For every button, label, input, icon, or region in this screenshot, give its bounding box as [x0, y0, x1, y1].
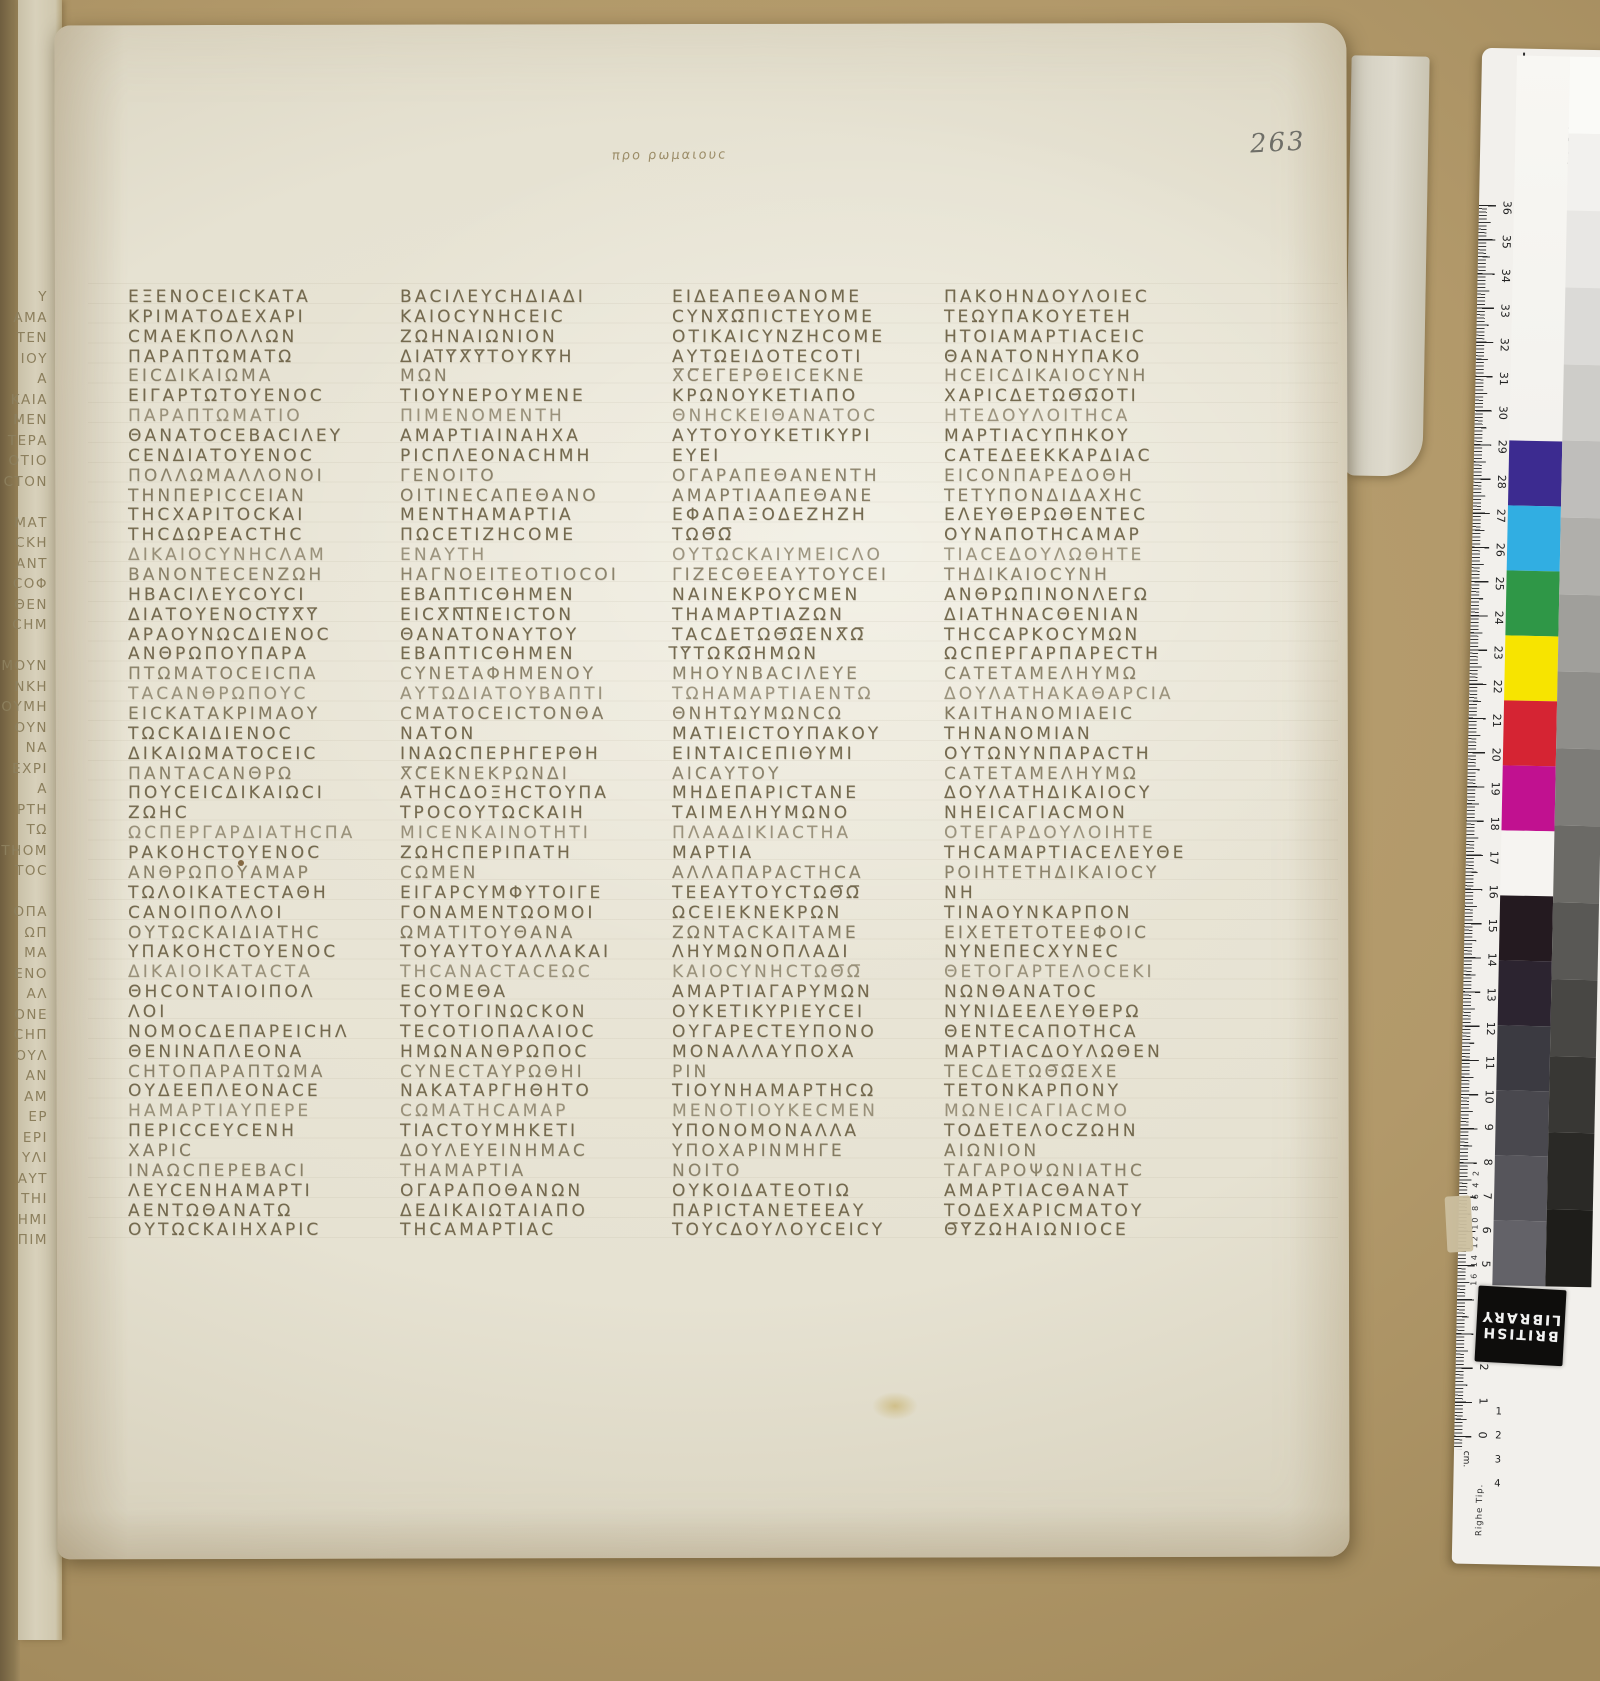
text-line: ΠΙΜΕΝΟΜΕΝΤΗ — [400, 407, 619, 427]
text-line: ΕΙϹΚΑΤΑΚΡΙΜΑΟΥ — [128, 705, 355, 725]
edge-fragment: Α — [0, 779, 48, 800]
edge-fragment: ΤΕΝ — [0, 328, 48, 349]
text-line: ΑΕΝΤΩΘΑΝΑΤΩ — [128, 1202, 355, 1222]
gray-step-14 — [1548, 1056, 1596, 1134]
text-line: ΠΟΥϹΕΙϹΔΙΚΑΙΩϹΙ — [128, 784, 355, 804]
text-line: ΑΝΘΡΩΠΙΝΟΝΛΕΓΩ — [944, 586, 1186, 606]
text-line: Ι̅Υ̅ΤΩΚ̅Ω̅ΗΜΩΝ — [672, 645, 889, 665]
text-line: ΡΙϹΠΛΕΟΝΑϹΗΜΗ — [400, 447, 619, 467]
text-line: ΟΥΤΩϹΚΑΙΥΜΕΙϹΛΟ — [672, 546, 889, 566]
text-line: ΑΝΘΡΩΠΟΥΑΜΑΡ — [128, 864, 355, 884]
text-line: ϹΑΤΕΔΕΕΚΚΑΡΔΙΑϹ — [944, 447, 1186, 467]
gray-step-16 — [1545, 1210, 1593, 1288]
text-line: ΟΙΤΙΝΕϹΑΠΕΘΑΝΟ — [400, 487, 619, 507]
text-line: ΜΑΡΤΙΑϹΔΟΥΛΩΘΕΝ — [944, 1043, 1186, 1063]
patch-white — [1500, 830, 1554, 896]
text-line: ΤΙΑϹΤΟΥΜΗΚΕΤΙ — [400, 1122, 619, 1142]
text-line: ΤΩΘ̅Ω̅ — [672, 526, 889, 546]
text-line: ΤΡΟϹΟΥΤΩϹΚΑΙΗ — [400, 804, 619, 824]
text-line: ΛΟΙ — [128, 1003, 355, 1023]
edge-fragment: ΗΜΙ — [0, 1210, 48, 1231]
text-line: ΝΑΤΟΝ — [400, 725, 619, 745]
text-line: ΜΩΝ — [400, 367, 619, 387]
text-line: ΤΟΥΑΥΤΟΥΑΛΛΑΚΑΙ — [400, 943, 619, 963]
text-line: ΔΙΑΤΟΥΕΝΟϹΙ̅Υ̅Χ̅Υ̅ — [128, 606, 355, 626]
text-line: ΕΙΧΕΤΕΤΟΤΕΕΦΟΙϹ — [944, 924, 1186, 944]
edge-fragment — [0, 492, 48, 513]
text-line: ΕΥΕΙ — [672, 447, 889, 467]
edge-fragment: ΕΝΟ — [0, 964, 48, 985]
text-line: ϹΩΜΑΤΗϹΑΜΑΡ — [400, 1102, 619, 1122]
patch-black — [1499, 895, 1553, 961]
text-line: ΑΙΩΝΙΟΝ — [944, 1142, 1186, 1162]
text-line: ΟΤΙΚΑΙϹΥΝΖΗϹΟΜΕ — [672, 328, 889, 348]
text-line: ΤΟΔΕΧΑΡΙϹΜΑΤΟΥ — [944, 1202, 1186, 1222]
edge-fragment: ΟΥΛ — [0, 1046, 48, 1067]
text-line: ΘΕΝΤΕϹΑΠΟΤΗϹΑ — [944, 1023, 1186, 1043]
text-line: ϹΥΝΕΤΑΦΗΜΕΝΟΥ — [400, 665, 619, 685]
text-line: ΤΗΝΠΕΡΙϹϹΕΙΑΝ — [128, 487, 355, 507]
edge-fragment: ΑΜΑ — [0, 308, 48, 329]
text-line: ΤΙΟΥΝΗΑΜΑΡΤΗϹΩ — [672, 1082, 889, 1102]
text-line: ΑΤΗϹΔΟΞΗϹΤΟΥΠΑ — [400, 784, 619, 804]
ruler-number: 14 — [1485, 953, 1498, 973]
text-line: ΝΗΕΙϹΑΓΙΑϹΜΟΝ — [944, 804, 1186, 824]
text-line: ΕΛΕΥΘΕΡΩΘΕΝΤΕϹ — [944, 506, 1186, 526]
strip-bottom-scale-numbers: 1 2 3 4 — [1491, 1400, 1505, 1496]
text-line: ΟΥΚΟΙΔΑΤΕΟΤΙΩ — [672, 1182, 889, 1202]
text-line: ΤΗΔΙΚΑΙΟϹΥΝΗ — [944, 566, 1186, 586]
text-line: ΟΥΝΑΠΟΤΗϹΑΜΑΡ — [944, 526, 1186, 546]
ruler-number: 15 — [1486, 919, 1499, 939]
text-line: ΘΑΝΑΤΟϹΕΒΑϹΙΛΕΥ — [128, 427, 355, 447]
edge-fragment: ΕΡ — [0, 1107, 48, 1128]
text-line: ΕΒΑΠΤΙϹΘΗΜΕΝ — [400, 645, 619, 665]
text-line: ϹΥΝΕϹΤΑΥΡΩΘΗΙ — [400, 1063, 619, 1083]
text-line: ΜΑΡΤΙΑ — [672, 844, 889, 864]
ruler-unit-label: cm. — [1461, 1451, 1471, 1471]
ruler-number: 36 — [1500, 201, 1513, 221]
text-line: ΖΩΝΤΑϹΚΑΙΤΑΜΕ — [672, 924, 889, 944]
gray-step-15 — [1547, 1133, 1595, 1211]
text-line: ΝΗ — [944, 884, 1186, 904]
parchment-stain — [872, 1392, 918, 1420]
running-title: προ ρωμαιουϲ — [611, 147, 728, 163]
edge-fragment: ΝΚΗ — [0, 677, 48, 698]
text-line: ΝΑΙΝΕΚΡΟΥϹΜΕΝ — [672, 586, 889, 606]
patch-dark-gray-1 — [1496, 1025, 1550, 1091]
edge-fragment: ΡΤΗ — [0, 800, 48, 821]
edge-fragment: ΟΝΕ — [0, 1005, 48, 1026]
text-line: ΑΜΑΡΤΙΑΑΠΕΘΑΝΕ — [672, 487, 889, 507]
gray-step-13 — [1550, 979, 1598, 1057]
text-line: ΖΩΗϹΠΕΡΙΠΑΤΗ — [400, 844, 619, 864]
text-line: ΜΗΟΥΝΒΑϹΙΛΕΥΕ — [672, 665, 889, 685]
ruler-number: 30 — [1496, 406, 1509, 426]
text-line: ΑΜΑΡΤΙΑΓΑΡΥΜΩΝ — [672, 983, 889, 1003]
edge-fragment: ΤΕΡΑ — [0, 431, 48, 452]
text-line: ΤΕΩΥΠΑΚΟΥΕΤΕΗ — [944, 308, 1186, 328]
edge-fragment: ΤΗΟΜ — [0, 841, 48, 862]
text-line: ΕΒΑΠΤΙϹΘΗΜΕΝ — [400, 586, 619, 606]
text-line: ΟΥΤΩΝΥΝΠΑΡΑϹΤΗ — [944, 745, 1186, 765]
edge-fragment: ΑΝΤ — [0, 554, 48, 575]
text-line: ΧΑΡΙϹ — [128, 1142, 355, 1162]
text-line: ΚΑΙΟϹΥΝΗϹΕΙϹ — [400, 308, 619, 328]
ruler-number: 26 — [1493, 543, 1506, 563]
text-line: ΕΙΓΑΡϹΥΜΦΥΤΟΙΓΕ — [400, 884, 619, 904]
text-line: ΩϹΠΕΡΓΑΡΠΑΡΕϹΤΗ — [944, 645, 1186, 665]
patch-dark-gray-2 — [1495, 1090, 1549, 1156]
text-line: ΕΙϹΔΙΚΑΙΩΜΑ — [128, 367, 355, 387]
gray-step-4 — [1564, 287, 1600, 365]
edge-fragment: ΤΩ — [0, 820, 48, 841]
text-line: ΜΙϹΕΝΚΑΙΝΟΤΗΤΙ — [400, 824, 619, 844]
text-line: ΗΜΩΝΑΝΘΡΩΠΟϹ — [400, 1043, 619, 1063]
edge-fragment: ΜΕΝ — [0, 410, 48, 431]
text-line: ΤΩΗΑΜΑΡΤΙΑΕΝΤΩ — [672, 685, 889, 705]
text-line: ΑΛΛΑΠΑΡΑϹΤΗϹΑ — [672, 864, 889, 884]
text-line: ΠΑΚΟΗΝΔΟΥΛΟΙΕϹ — [944, 288, 1186, 308]
text-line: ΘΑΝΑΤΟΝΑΥΤΟΥ — [400, 626, 619, 646]
text-line: ΑΥΤΩΕΙΔΟΤΕϹΟΤΙ — [672, 348, 889, 368]
text-line: ΠΟΛΛΩΜΑΛΛΟΝΟΙ — [128, 467, 355, 487]
gray-step-5 — [1562, 364, 1600, 442]
edge-fragment: ΤΗΙ — [0, 1189, 48, 1210]
text-line: ΑΙϹΑΥΤΟΥ — [672, 765, 889, 785]
text-line: ϹΕΝΔΙΑΤΟΥΕΝΟϹ — [128, 447, 355, 467]
text-line: ΤΙΟΥΝΕΡΟΥΜΕΝΕ — [400, 387, 619, 407]
text-line: ΑΡΑΟΥΝΩϹΔΙΕΝΟϹ — [128, 626, 355, 646]
text-line: ΤΗΑΜΑΡΤΙΑ — [400, 1162, 619, 1182]
text-line: ΝΥΝΕΠΕϹΧΥΝΕϹ — [944, 943, 1186, 963]
text-line: ΓΟΝΑΜΕΝΤΩΟΜΟΙ — [400, 904, 619, 924]
text-line: ΟΥΤΩϹΚΑΙΔΙΑΤΗϹ — [128, 924, 355, 944]
text-line: ΡΙΝ — [672, 1063, 889, 1083]
gray-step-12 — [1551, 902, 1599, 980]
text-line: ϹΥΝΧ̅Ω̅ΠΙϹΤΕΥΟΜΕ — [672, 308, 889, 328]
text-line: ΝΟΙΤΟ — [672, 1162, 889, 1182]
text-line: ΡΟΙΗΤΕΤΗΔΙΚΑΙΟϹΥ — [944, 864, 1186, 884]
text-line: ΔΟΥΛΑΤΗΑΚΑΘΑΡϹΙΑ — [944, 685, 1186, 705]
text-column-1: ΕΞΕΝΟϹΕΙϹΚΑΤΑΚΡΙΜΑΤΟΔΕΧΑΡΙϹΜΑΕΚΠΟΛΛΩΝΠΑΡ… — [128, 288, 355, 1241]
text-column-3: ΕΙΔΕΑΠΕΘΑΝΟΜΕϹΥΝΧ̅Ω̅ΠΙϹΤΕΥΟΜΕΟΤΙΚΑΙϹΥΝΖΗ… — [672, 288, 889, 1241]
text-line: ΖΩΗΝΑΙΩΝΙΟΝ — [400, 328, 619, 348]
text-line: ΗΤΟΙΑΜΑΡΤΙΑϹΕΙϹ — [944, 328, 1186, 348]
tape-fragment — [1445, 1195, 1474, 1252]
text-line: ΩϹΠΕΡΓΑΡΔΙΑΤΗϹΠΑ — [128, 824, 355, 844]
ruler-number: 7 — [1480, 1192, 1493, 1212]
ruler-number: 17 — [1487, 850, 1500, 870]
parchment-speck — [238, 860, 244, 866]
ruler-number: 24 — [1492, 611, 1505, 631]
text-line: ΔΟΥΛΕΥΕΙΝΗΜΑϹ — [400, 1142, 619, 1162]
color-calibration-strip: 3635343332313029282726252423222120191817… — [1452, 48, 1600, 1567]
text-line: ΤΕϹΔΕΤΩΘ̅Ω̅ΕΧΕ — [944, 1063, 1186, 1083]
text-line: ϹΑΤΕΤΑΜΕΛΗΥΜΩ — [944, 665, 1186, 685]
ruler-number: 13 — [1484, 987, 1497, 1007]
gray-step-9 — [1556, 672, 1600, 750]
text-line: ΕΞΕΝΟϹΕΙϹΚΑΤΑ — [128, 288, 355, 308]
text-line: ΕΦΑΠΑΞΟΔΕΖΗΖΗ — [672, 506, 889, 526]
gray-step-11 — [1553, 825, 1600, 903]
edge-fragment: ΥΛΙ — [0, 1148, 48, 1169]
text-line: ΑΝΘΡΩΠΟΥΠΑΡΑ — [128, 645, 355, 665]
text-line: ΤΗΝΑΝΟΜΙΑΝ — [944, 725, 1186, 745]
text-line: ΕϹΟΜΕΘΑ — [400, 983, 619, 1003]
patch-dark-gray-4 — [1492, 1220, 1546, 1286]
left-edge-text-fragments: ΥΑΜΑΤΕΝΙΟΥΑΚΑΙΑΜΕΝΤΕΡΑΟΤΙΟϹΤΟΝΜΑΤϹΚΗΑΝΤϹ… — [0, 287, 48, 1251]
text-line: ΤΟΥϹΔΟΥΛΟΥϹΕΙϹΥ — [672, 1221, 889, 1241]
ruler-number: 22 — [1491, 679, 1504, 699]
patch-red — [1503, 700, 1557, 766]
edge-fragment — [0, 882, 48, 903]
text-line: ΤΗΑΜΑΡΤΙΑΖΩΝ — [672, 606, 889, 626]
edge-fragment — [0, 636, 48, 657]
text-line: ΟΥΔΕΕΠΛΕΟΝΑϹΕ — [128, 1082, 355, 1102]
text-line: ΜΕΝΟΤΙΟΥΚΕϹΜΕΝ — [672, 1102, 889, 1122]
patch-green — [1505, 570, 1559, 636]
edge-fragment: ΑΛ — [0, 984, 48, 1005]
british-library-label: BRITISH LIBRARY — [1474, 1285, 1566, 1366]
text-line: ΗΑΓΝΟΕΙΤΕΟΤΙΟϹΟΙ — [400, 566, 619, 586]
ruler-number: 28 — [1495, 474, 1508, 494]
text-line: ΘΝΗΤΩΥΜΩΝϹΩ — [672, 705, 889, 725]
white-patch-area — [1509, 56, 1570, 442]
text-line: ΔΙΚΑΙΩΜΑΤΟϹΕΙϹ — [128, 745, 355, 765]
patch-violet — [1508, 440, 1562, 506]
ruler-number: 8 — [1481, 1158, 1494, 1178]
text-line: ΗϹΕΙϹΔΙΚΑΙΟϹΥΝΗ — [944, 367, 1186, 387]
text-line: ΚΑΙΤΗΑΝΟΜΙΑΕΙϹ — [944, 705, 1186, 725]
text-line: ΤΕΕΑΥΤΟΥϹΤΩΘ̅Ω̅ — [672, 884, 889, 904]
text-line: ΤΑΙΜΕΛΗΥΜΩΝΟ — [672, 804, 889, 824]
edge-fragment: ϹΗΠ — [0, 1025, 48, 1046]
gray-step-2 — [1567, 133, 1600, 211]
text-line: ΠΤΩΜΑΤΟϹΕΙϹΠΑ — [128, 665, 355, 685]
text-line: ΗΒΑϹΙΛΕΥϹΟΥϹΙ — [128, 586, 355, 606]
edge-fragment: ΤΟϹ — [0, 861, 48, 882]
text-line: ΠΕΡΙϹϹΕΥϹΕΝΗ — [128, 1122, 355, 1142]
text-line: ΤΩΛΟΙΚΑΤΕϹΤΑΘΗ — [128, 884, 355, 904]
text-line: ΓΙΖΕϹΘΕΕΑΥΤΟΥϹΕΙ — [672, 566, 889, 586]
text-line: ΛΗΥΜΩΝΟΠΛΑΔΙ — [672, 943, 889, 963]
ruler-number: 23 — [1491, 645, 1504, 665]
manuscript-photo-scene: ΥΑΜΑΤΕΝΙΟΥΑΚΑΙΑΜΕΝΤΕΡΑΟΤΙΟϹΤΟΝΜΑΤϹΚΗΑΝΤϹ… — [0, 0, 1600, 1681]
text-line: ΙΝΑΩϹΠΕΡΕΒΑϹΙ — [128, 1162, 355, 1182]
text-line: ΤΟΥΤΟΓΙΝΩϹΚΟΝ — [400, 1003, 619, 1023]
edge-fragment: ΠΙΜ — [0, 1230, 48, 1251]
text-line: ΜΑΤΙΕΙϹΤΟΥΠΑΚΟΥ — [672, 725, 889, 745]
text-line: ΑΜΑΡΤΙΑΙΝΑΗΧΑ — [400, 427, 619, 447]
text-line: ΟΥΓΑΡΕϹΤΕΥΠΟΝΟ — [672, 1023, 889, 1043]
text-line: ΟΓΑΡΑΠΕΘΑΝΕΝΤΗ — [672, 467, 889, 487]
text-line: ΔΙΚΑΙΟΙΚΑΤΑϹΤΑ — [128, 963, 355, 983]
text-line: ΔΙΚΑΙΟϹΥΝΗϹΛΑΜ — [128, 546, 355, 566]
text-line: ΝΩΝΘΑΝΑΤΟϹ — [944, 983, 1186, 1003]
text-line: ΤΗϹΑΜΑΡΤΙΑϹΕΛΕΥΘΕ — [944, 844, 1186, 864]
text-line: ΑΜΑΡΤΙΑϹΘΑΝΑΤ — [944, 1182, 1186, 1202]
text-line: ΠΑΡΑΠΤΩΜΑΤΙΟ — [128, 407, 355, 427]
text-line: ΚΡΩΝΟΥΚΕΤΙΑΠΟ — [672, 387, 889, 407]
text-line: ΕΙΓΑΡΤΩΤΟΥΕΝΟϹ — [128, 387, 355, 407]
text-line: ΜΗΔΕΠΑΡΙϹΤΑΝΕ — [672, 784, 889, 804]
edge-fragment: ΩΠ — [0, 923, 48, 944]
text-line: ΟΤΕΓΑΡΔΟΥΛΟΙΗΤΕ — [944, 824, 1186, 844]
text-line: ΤΙΝΑΟΥΝΚΑΡΠΟΝ — [944, 904, 1186, 924]
text-line: Χ̅Ϲ̅ΕΚΝΕΚΡΩΝΔΙ — [400, 765, 619, 785]
edge-fragment: ΑΝ — [0, 1066, 48, 1087]
text-line: ϹΗΤΟΠΑΡΑΠΤΩΜΑ — [128, 1063, 355, 1083]
edge-fragment: ϹΤΟΝ — [0, 472, 48, 493]
text-line: Θ̅Υ̅ΖΩΗΑΙΩΝΙΟϹΕ — [944, 1221, 1186, 1241]
patch-dark-plum — [1498, 960, 1552, 1026]
text-line: ΚΡΙΜΑΤΟΔΕΧΑΡΙ — [128, 308, 355, 328]
ruler-number: 19 — [1489, 782, 1502, 802]
ruler-number: 20 — [1489, 748, 1502, 768]
text-line: ΤΑϹΔΕΤΩΘ̅Ω̅ΕΝΧ̅Ω̅ — [672, 626, 889, 646]
text-line: ΘΕΤΟΓΑΡΤΕΛΟϹΕΚΙ — [944, 963, 1186, 983]
text-line: ΕΙΝΤΑΙϹΕΠΙΘΥΜΙ — [672, 745, 889, 765]
gray-step-10 — [1555, 748, 1600, 826]
text-line: ΩΜΑΤΙΤΟΥΘΑΝΑ — [400, 924, 619, 944]
text-line: ΜΩΝΕΙϹΑΓΙΑϹΜΟ — [944, 1102, 1186, 1122]
folio-number: 263 — [1249, 127, 1306, 160]
text-line: ΔΙΑΤΗΝΑϹΘΕΝΙΑΝ — [944, 606, 1186, 626]
text-line: ΧΑΡΙϹΔΕΤΩΘ̅Ω̅ΟΤΙ — [944, 387, 1186, 407]
text-line: ΠΩϹΕΤΙΖΗϹΟΜΕ — [400, 526, 619, 546]
edge-fragment: ΕΡΙ — [0, 1128, 48, 1149]
text-line: ΤΩϹΚΑΙΔΙΕΝΟϹ — [128, 725, 355, 745]
text-line: ΜΕΝΤΗΑΜΑΡΤΙΑ — [400, 506, 619, 526]
text-line: ϹΜΑΤΟϹΕΙϹΤΟΝΘΑ — [400, 705, 619, 725]
text-line: ΙΝΑΩϹΠΕΡΗΓΕΡΘΗ — [400, 745, 619, 765]
text-line: ϹΑΤΕΤΑΜΕΛΗΥΜΩ — [944, 765, 1186, 785]
gray-step-6 — [1561, 441, 1600, 519]
text-line: ΤΕΤΟΝΚΑΡΠΟΝΥ — [944, 1082, 1186, 1102]
text-line: ΘΗϹΟΝΤΑΙΟΙΠΟΛ — [128, 983, 355, 1003]
text-line: ΓΕΝΟΙΤΟ — [400, 467, 619, 487]
gray-step-7 — [1559, 518, 1600, 596]
text-line: ΕΙΔΕΑΠΕΘΑΝΟΜΕ — [672, 288, 889, 308]
text-line: ΤΗϹΑΜΑΡΤΙΑϹ — [400, 1221, 619, 1241]
ruler-number: 25 — [1493, 577, 1506, 597]
edge-fragment: ΘΕΝ — [0, 595, 48, 616]
edge-fragment: ΜΑ — [0, 943, 48, 964]
ruler-number: 9 — [1482, 1124, 1495, 1144]
text-line: ΤΗϹΑΝΑϹΤΑϹΕΩϹ — [400, 963, 619, 983]
text-line: ΕΝΑΥΤΗ — [400, 546, 619, 566]
text-line: ΟΓΑΡΑΠΟΘΑΝΩΝ — [400, 1182, 619, 1202]
text-line: ΤΟΔΕΤΕΛΟϹΖΩΗΝ — [944, 1122, 1186, 1142]
text-line: ΗΑΜΑΡΤΙΑΥΠΕΡΕ — [128, 1102, 355, 1122]
text-line: ΤΗϹΔΩΡΕΑϹΤΗϹ — [128, 526, 355, 546]
edge-fragment: ΜΟΥΝ — [0, 656, 48, 677]
text-line: Χ̅Ϲ̅ΕΓΕΡΘΕΙϹΕΚΝΕ — [672, 367, 889, 387]
patch-yellow — [1504, 635, 1558, 701]
text-line: ΑΥΤΟΥΟΥΚΕΤΙΚΥΡΙ — [672, 427, 889, 447]
text-line: ΜΟΝΑΛΛΑΥΠΟΧΑ — [672, 1043, 889, 1063]
patch-magenta — [1501, 765, 1555, 831]
text-line: ϹΜΑΕΚΠΟΛΛΩΝ — [128, 328, 355, 348]
ruler-number: 27 — [1494, 508, 1507, 528]
ruler-number: 32 — [1497, 337, 1510, 357]
text-line: ΤΙΑϹΕΔΟΥΛΩΘΗΤΕ — [944, 546, 1186, 566]
text-line: ΔΕΔΙΚΑΙΩΤΑΙΑΠΟ — [400, 1202, 619, 1222]
edge-fragment: ΟΥΝ — [0, 718, 48, 739]
text-line: ΠΑΡΙϹΤΑΝΕΤΕΕΑΥ — [672, 1202, 889, 1222]
edge-fragment: ΚΑΙΑ — [0, 390, 48, 411]
text-line: ΝΥΝΙΔΕΕΛΕΥΘΕΡΩ — [944, 1003, 1186, 1023]
text-line: ΝΑΚΑΤΑΡΓΗΘΗΤΟ — [400, 1082, 619, 1102]
edge-fragment: ϹΟΦ — [0, 574, 48, 595]
edge-fragment: ΜΑΤ — [0, 513, 48, 534]
text-line: ΒΑΝΟΝΤΕϹΕΝΖΩΗ — [128, 566, 355, 586]
text-line: ΠΑΝΤΑϹΑΝΘΡΩ — [128, 765, 355, 785]
ruler-number: 12 — [1484, 1021, 1497, 1041]
text-line: ΘΝΗϹΚΕΙΘΑΝΑΤΟϹ — [672, 407, 889, 427]
text-line: ΝΟΜΟϹΔΕΠΑΡΕΙϹΗΛ — [128, 1023, 355, 1043]
text-line: ΤΕϹΟΤΙΟΠΑΛΑΙΟϹ — [400, 1023, 619, 1043]
ruler-number: 31 — [1497, 372, 1510, 392]
edge-fragment: ΕΧΡΙ — [0, 759, 48, 780]
text-line: ΒΑϹΙΛΕΥϹΗΔΙΑΔΙ — [400, 288, 619, 308]
ruler-number: 34 — [1499, 269, 1512, 289]
text-column-4: ΠΑΚΟΗΝΔΟΥΛΟΙΕϹΤΕΩΥΠΑΚΟΥΕΤΕΗΗΤΟΙΑΜΑΡΤΙΑϹΕ… — [944, 288, 1186, 1241]
strip-bottom-scale-label: Righe Tip. — [1474, 1386, 1487, 1536]
edge-fragment: Υ — [0, 287, 48, 308]
text-line: ΟΥΤΩϹΚΑΙΗΧΑΡΙϹ — [128, 1221, 355, 1241]
text-line: ΔΙΑΙ̅Υ̅Χ̅Υ̅ΤΟΥΚ̅Υ̅Η — [400, 348, 619, 368]
text-line: ΥΠΑΚΟΗϹΤΟΥΕΝΟϹ — [128, 943, 355, 963]
text-line: ΥΠΟΧΑΡΙΝΜΗΓΕ — [672, 1142, 889, 1162]
text-line: ΘΕΝΙΝΑΠΛΕΟΝΑ — [128, 1043, 355, 1063]
ruler-number: 21 — [1490, 714, 1503, 734]
text-line: ΤΗϹΧΑΡΙΤΟϹΚΑΙ — [128, 506, 355, 526]
patch-cyan — [1507, 505, 1561, 571]
edge-fragment: ΑΥΤ — [0, 1169, 48, 1190]
patch-dark-gray-3 — [1494, 1155, 1548, 1221]
edge-fragment: ΟΤΙΟ — [0, 451, 48, 472]
edge-fragment: ΑΜ — [0, 1087, 48, 1108]
edge-fragment: ΟΠΑ — [0, 902, 48, 923]
text-line: ΘΑΝΑΤΟΝΗΥΠΑΚΟ — [944, 348, 1186, 368]
text-line: ΠΛΑΑΔΙΚΙΑϹΤΗΑ — [672, 824, 889, 844]
text-line: ΤΑΓΑΡΟΨΩΝΙΑΤΗϹ — [944, 1162, 1186, 1182]
text-line: ΤΗϹϹΑΡΚΟϹΥΜΩΝ — [944, 626, 1186, 646]
text-line: ΕΙϹΟΝΠΑΡΕΔΟΘΗ — [944, 467, 1186, 487]
ruler-number: 2 — [1477, 1363, 1490, 1383]
text-line: ΛΕΥϹΕΝΗΑΜΑΡΤΙ — [128, 1182, 355, 1202]
edge-fragment: ΙΟΥ — [0, 349, 48, 370]
gray-step-3 — [1565, 210, 1600, 288]
ruler-number: 16 — [1486, 885, 1499, 905]
ruler-numbers: 3635343332313029282726252423222120191817… — [1482, 48, 1600, 51]
text-line: ΗΤΕΔΟΥΛΟΙΤΗϹΑ — [944, 407, 1186, 427]
edge-fragment: ΝΑ — [0, 738, 48, 759]
edge-fragment: ΟΥΜΗ — [0, 697, 48, 718]
text-line: ϹΑΝΟΙΠΟΛΛΟΙ — [128, 904, 355, 924]
text-line: ΖΩΗϹ — [128, 804, 355, 824]
text-line: ΚΑΙΟϹΥΝΗϹΤΩΘ̅Ω̅ — [672, 963, 889, 983]
ruler-number: 6 — [1480, 1226, 1493, 1246]
ruler-number: 18 — [1488, 816, 1501, 836]
text-line: ϹΩΜΕΝ — [400, 864, 619, 884]
text-column-2: ΒΑϹΙΛΕΥϹΗΔΙΑΔΙΚΑΙΟϹΥΝΗϹΕΙϹΖΩΗΝΑΙΩΝΙΟΝΔΙΑ… — [400, 288, 619, 1241]
gray-step-1 — [1568, 57, 1600, 135]
text-line: ΤΕΤΥΠΟΝΔΙΔΑΧΗϹ — [944, 487, 1186, 507]
text-line: ΔΟΥΛΑΤΗΔΙΚΑΙΟϹΥ — [944, 784, 1186, 804]
